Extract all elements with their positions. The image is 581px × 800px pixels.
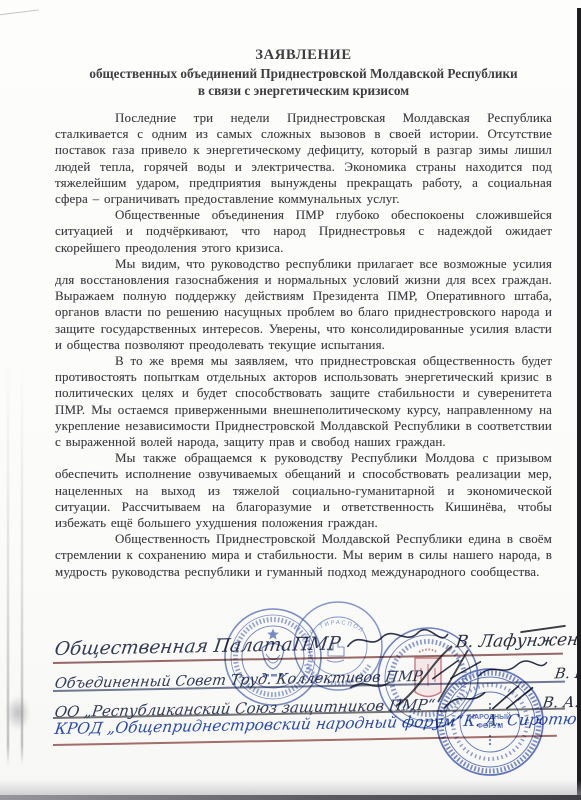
red-memorial-emblem-icon bbox=[415, 658, 441, 697]
stamp-center-text: НАРОДНЫЙ bbox=[469, 712, 511, 721]
signature-flourish-icon bbox=[428, 657, 548, 683]
signature-underline bbox=[53, 735, 557, 746]
paragraph: Мы видим, что руководство республики при… bbox=[55, 256, 552, 353]
scan-smudge bbox=[6, 696, 30, 730]
stamp-tiraspol: ГОР. ТИРАСПОЛ bbox=[294, 602, 382, 690]
signature-underline bbox=[53, 681, 565, 692]
scan-edge-right bbox=[577, 8, 581, 800]
scan-edge-bottom bbox=[0, 795, 581, 800]
stamp-defenders-union bbox=[378, 628, 478, 728]
svg-text:ГОР. ТИРАСПОЛ: ГОР. ТИРАСПОЛ bbox=[302, 620, 365, 644]
stamp-center-text: ФОРУМ bbox=[477, 723, 503, 730]
building-emblem-icon bbox=[328, 643, 344, 656]
stamp-arc-text: ГОР. ТИРАСПОЛ bbox=[302, 620, 365, 644]
document-title: ЗАЯВЛЕНИЕ bbox=[55, 46, 552, 65]
org-abbrev-handwritten: ПМР bbox=[291, 633, 341, 655]
signer-name-handwritten: В. Лафунжен bbox=[454, 630, 579, 652]
pen-flourish bbox=[520, 625, 566, 633]
paragraph: Последние три недели Приднестровская Мол… bbox=[55, 110, 552, 207]
coat-of-arms-icon bbox=[262, 644, 284, 670]
stamp-peoples-forum: НАРОДНЫЙ ФОРУМ bbox=[437, 669, 543, 775]
scan-artifact-line bbox=[0, 9, 39, 15]
star-icon bbox=[267, 629, 278, 640]
document-subtitle-line1: общественных объединений Приднестровской… bbox=[55, 65, 552, 82]
signature-flourish-icon bbox=[346, 628, 450, 652]
org-name-handwritten: Общественная Палата bbox=[53, 634, 294, 660]
signature-underline bbox=[53, 708, 565, 719]
document-body: ЗАЯВЛЕНИЕ общественных объединений Придн… bbox=[55, 46, 552, 580]
paragraph: Мы также обращаемся к руководству Респуб… bbox=[55, 450, 552, 531]
document-subtitle-line2: в связи с энергетическим кризисом bbox=[55, 82, 552, 99]
signer-name-handwritten: К. А. Сиротюк bbox=[462, 710, 581, 730]
paragraph: В то же время мы заявляем, что приднестр… bbox=[55, 353, 552, 450]
paragraph: Общественные объединения ПМР глубоко обе… bbox=[55, 207, 552, 256]
signature-row: КРОД „Общеприднестровский народный форум… bbox=[55, 710, 559, 738]
paragraph: Общественность Приднестровской Молдавско… bbox=[55, 531, 552, 580]
paragraphs-container: Последние три недели Приднестровская Мол… bbox=[55, 110, 552, 580]
scanned-statement-page: ЗАЯВЛЕНИЕ общественных объединений Придн… bbox=[0, 0, 581, 800]
signature-underline bbox=[53, 653, 563, 664]
